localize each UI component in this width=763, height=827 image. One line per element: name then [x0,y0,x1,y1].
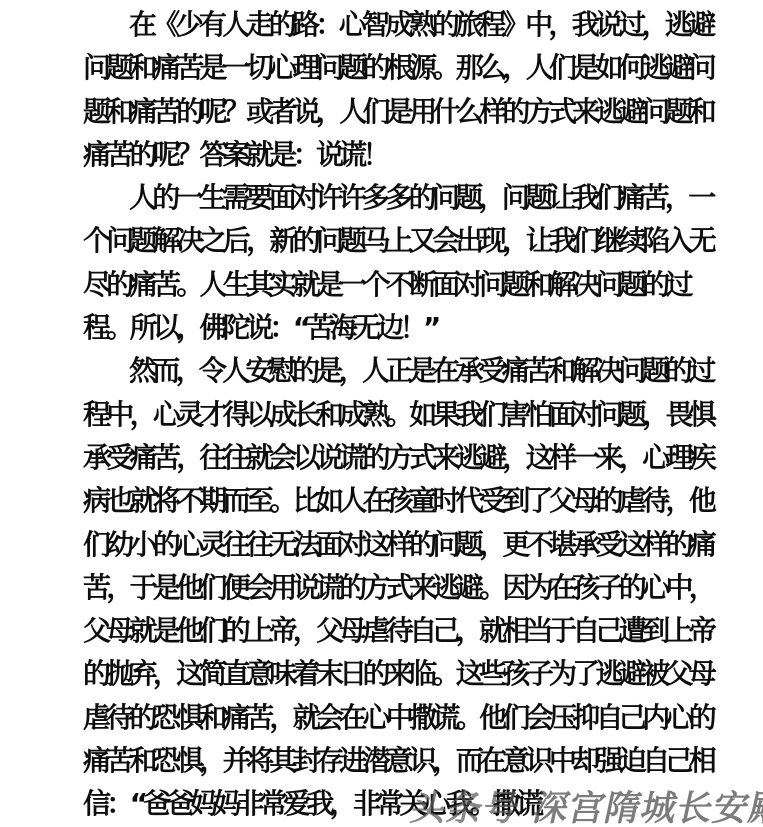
text-line: 痛苦和恐惧，并将其封存进潜意识，而在意识中却强迫自己相 [83,739,731,782]
paragraph-1: 在《少有人走的路：心智成熟的旅程》中，我说过，逃避 问题和痛苦是一切心理问题的根… [83,3,731,176]
text-line: 虐待的恐惧和痛苦，就会在心中撒谎。他们会压抑自己内心的 [83,696,731,739]
text-line: 承受痛苦，往往就会以说谎的方式来逃避，这样一来，心理疾 [83,436,731,479]
watermark-platform-label: 头条号 [407,789,524,827]
text-line: 人的一生需要面对许许多多的问题，问题让我们痛苦，一 [83,176,731,219]
book-page: 在《少有人走的路：心智成熟的旅程》中，我说过，逃避 问题和痛苦是一切心理问题的根… [0,0,763,827]
text-line: 病也就将不期而至。比如人在孩童时代受到了父母的虐待，他 [83,479,731,522]
text-line: 程中，心灵才得以成长和成熟。如果我们害怕面对问题，畏惧 [83,393,731,436]
text-line: 个问题解决之后，新的问题马上又会出现，让我们继续陷入无 [83,219,731,262]
text-line: 尽的痛苦。人生其实就是一个不断面对问题和解决问题的过 [83,263,731,306]
watermark: 头条号深宫隋城长安殿 [407,781,763,827]
text-line: 问题和痛苦是一切心理问题的根源。那么，人们是如何逃避问 [83,46,731,89]
text-line: 然而，令人安慰的是，人正是在承受痛苦和解决问题的过 [83,349,731,392]
paragraph-3: 然而，令人安慰的是，人正是在承受痛苦和解决问题的过 程中，心灵才得以成长和成熟。… [83,349,731,825]
text-line: 程。所以，佛陀说：“苦海无边！” [83,306,731,349]
text-line: 痛苦的呢？答案就是：说谎！ [83,133,731,176]
text-line: 在《少有人走的路：心智成熟的旅程》中，我说过，逃避 [83,3,731,46]
text-line: 们幼小的心灵往往无法面对这样的问题，更不堪承受这样的痛 [83,523,731,566]
text-line: 的抛弃，这简直意味着末日的来临。这些孩子为了逃避被父母 [83,652,731,695]
watermark-account-name: 深宫隋城长安殿 [529,789,763,827]
text-line: 父母就是他们的上帝，父母虐待自己，就相当于自己遭到上帝 [83,609,731,652]
text-line: 题和痛苦的呢？或者说，人们是用什么样的方式来逃避问题和 [83,90,731,133]
text-line: 苦，于是他们便会用说谎的方式来逃避。因为在孩子的心中， [83,566,731,609]
body-text: 在《少有人走的路：心智成熟的旅程》中，我说过，逃避 问题和痛苦是一切心理问题的根… [83,3,731,826]
paragraph-2: 人的一生需要面对许许多多的问题，问题让我们痛苦，一 个问题解决之后，新的问题马上… [83,176,731,349]
